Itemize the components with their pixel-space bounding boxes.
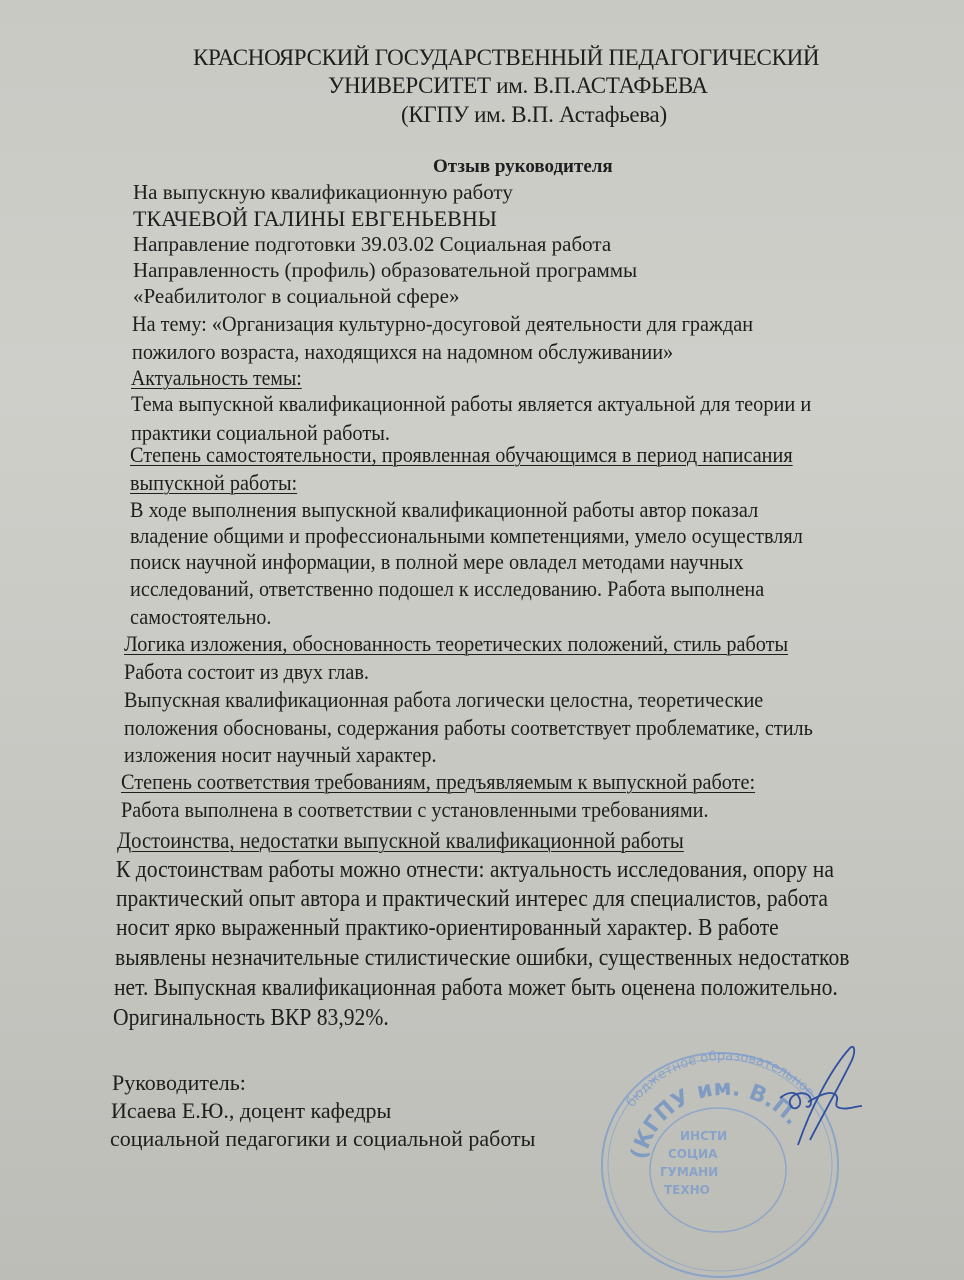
section-body-line: выявлены незначительные стилистические о… — [115, 946, 849, 970]
section-body-line: Выпускная квалификационная работа логиче… — [124, 689, 763, 712]
section-heading-merits: Достоинства, недостатки выпускной квалиф… — [117, 829, 684, 852]
svg-text:ТЕХНО: ТЕХНО — [664, 1183, 710, 1197]
section-body-line: положения обоснованы, содержания работы … — [124, 717, 813, 740]
section-heading-compliance: Степень соответствия требованиям, предъя… — [121, 771, 755, 794]
supervisor-name: Исаева Е.Ю., доцент кафедры — [111, 1100, 391, 1122]
section-heading-independence: Степень самостоятельности, проявленная о… — [130, 444, 793, 467]
intro-line: Направление подготовки 39.03.02 Социальн… — [133, 234, 611, 255]
originality-line: Оригинальность ВКР 83,92%. — [113, 1006, 389, 1030]
intro-line: На выпускную квалификационную работу — [133, 182, 513, 203]
supervisor-role: Руководитель: — [112, 1072, 246, 1094]
section-body-line: изложения носит научный характер. — [124, 744, 437, 767]
university-name-line1: КРАСНОЯРСКИЙ ГОСУДАРСТВЕННЫЙ ПЕДАГОГИЧЕС… — [193, 46, 819, 69]
section-body-line: Работа состоит из двух глав. — [124, 661, 369, 684]
section-body-line: носит ярко выраженный практико-ориентиро… — [116, 916, 779, 940]
section-body-line: нет. Выпускная квалификационная работа м… — [114, 976, 838, 1000]
section-body-line: владение общими и профессиональными комп… — [130, 525, 803, 548]
section-heading-logic: Логика изложения, обоснованность теорети… — [124, 633, 788, 656]
intro-line: Направленность (профиль) образовательной… — [133, 260, 637, 281]
section-body-line: Тема выпускной квалификационной работы я… — [131, 393, 811, 416]
svg-text:СОЦИА: СОЦИА — [668, 1147, 718, 1161]
intro-line: «Реабилитолог в социальной сфере» — [133, 286, 459, 307]
university-abbrev: (КГПУ им. В.П. Астафьева) — [401, 103, 667, 126]
section-heading-relevance: Актуальность темы: — [131, 367, 302, 389]
supervisor-department: социальной педагогики и социальной работ… — [110, 1128, 535, 1150]
svg-text:ГУМАНИ: ГУМАНИ — [660, 1165, 718, 1179]
svg-text:ИНСТИ: ИНСТИ — [680, 1129, 727, 1143]
section-body-line: исследований, ответственно подошел к исс… — [130, 578, 764, 601]
topic-line: пожилого возраста, находящихся на надомн… — [132, 341, 673, 364]
signature-icon — [770, 1040, 880, 1150]
section-body-line: В ходе выполнения выпускной квалификацио… — [130, 499, 758, 522]
section-body-line: Работа выполнена в соответствии с устано… — [121, 799, 709, 822]
student-name: ТКАЧЕВОЙ ГАЛИНЫ ЕВГЕНЬЕВНЫ — [133, 208, 497, 230]
university-name-line2: УНИВЕРСИТЕТ им. В.П.АСТАФЬЕВА — [328, 74, 708, 97]
section-body-line: практический опыт автора и практический … — [116, 887, 828, 911]
section-heading-independence: выпускной работы: — [130, 472, 297, 495]
section-body-line: самостоятельно. — [130, 606, 271, 629]
section-body-line: поиск научной информации, в полной мере … — [130, 551, 744, 574]
section-body-line: К достоинствам работы можно отнести: акт… — [116, 858, 834, 882]
document-page: КРАСНОЯРСКИЙ ГОСУДАРСТВЕННЫЙ ПЕДАГОГИЧЕС… — [0, 0, 964, 1280]
topic-line: На тему: «Организация культурно-досугово… — [132, 313, 753, 336]
document-title: Отзыв руководителя — [433, 157, 613, 176]
